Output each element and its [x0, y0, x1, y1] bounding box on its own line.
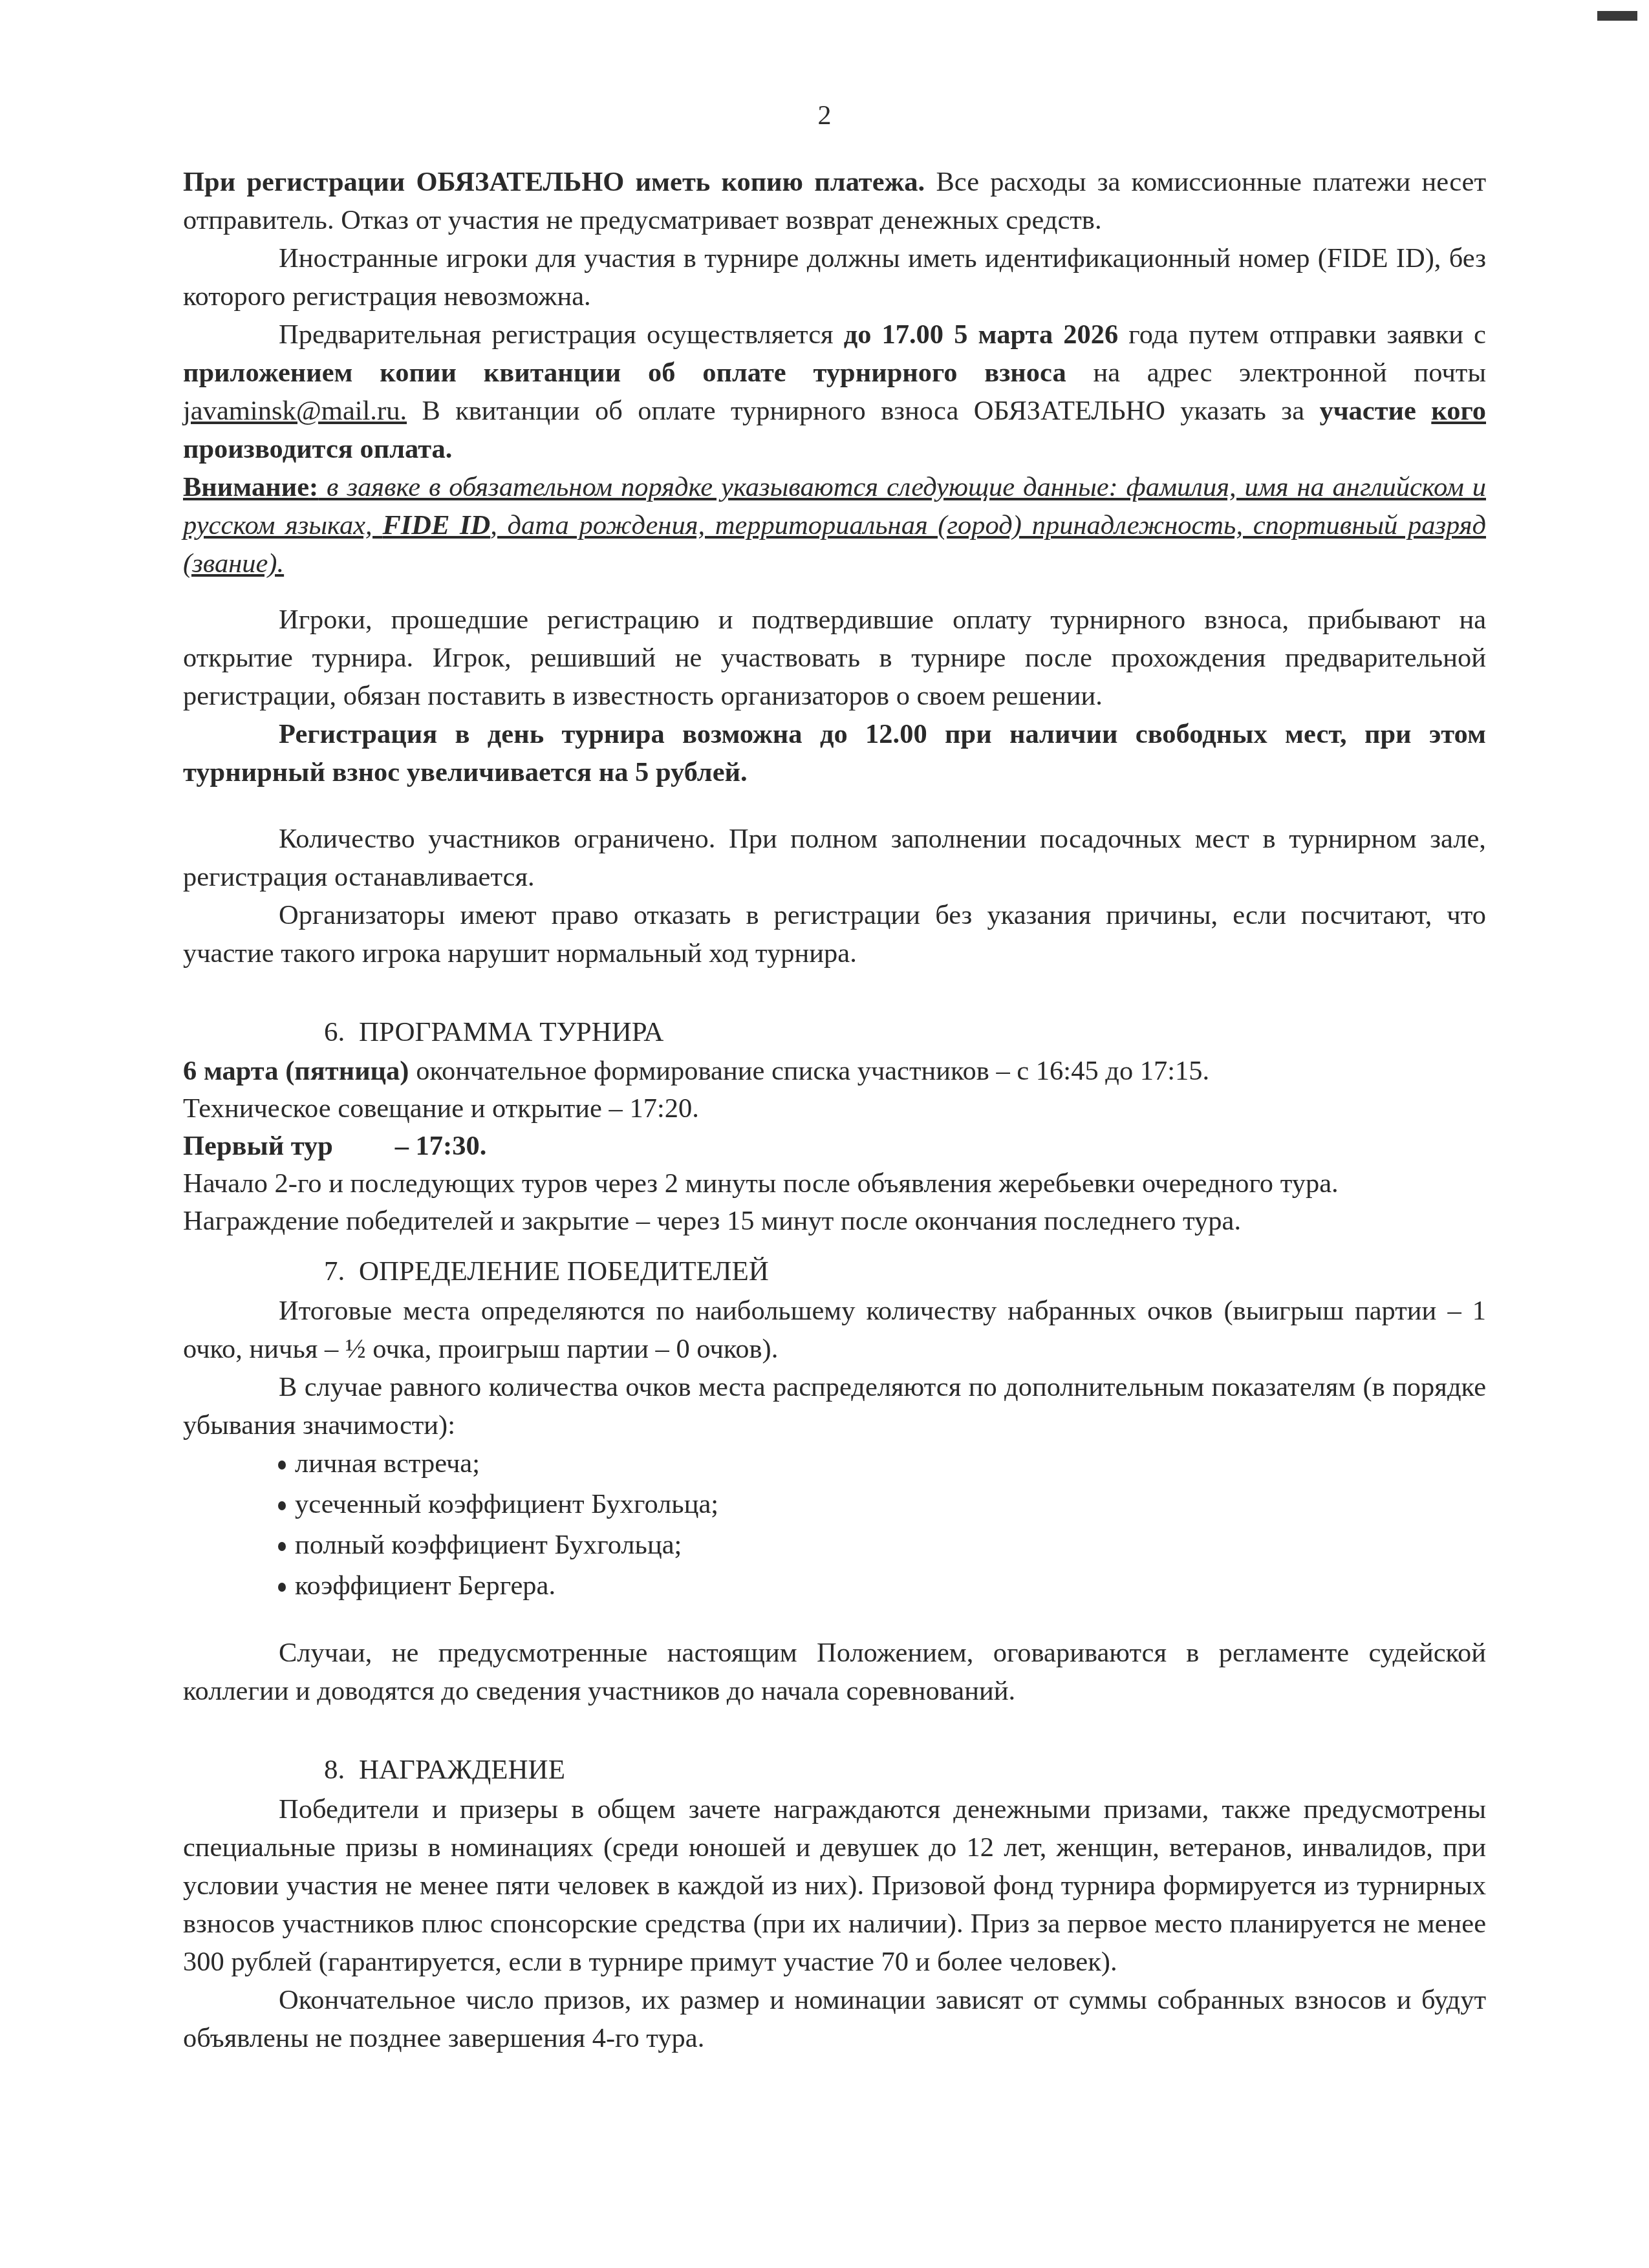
same-day-registration-paragraph: Регистрация в день турнира возможна до 1… [183, 715, 1486, 791]
schedule-line-final-list: 6 марта (пятница) окончательное формиров… [183, 1053, 1486, 1090]
payment-copy-bold: При регистрации ОБЯЗАТЕЛЬНО иметь копию … [183, 167, 925, 197]
attention-paragraph: Внимание: в заявке в обязательном порядк… [183, 468, 1486, 583]
section-8-heading: 8.НАГРАЖДЕНИЕ [183, 1750, 1486, 1790]
preregistration-deadline: до 17.00 5 марта 2026 [844, 319, 1119, 350]
attention-label: Внимание: [183, 472, 318, 502]
prizes-paragraph: Победители и призеры в общем зачете нагр… [183, 1790, 1486, 1981]
scoring-paragraph: Итоговые места определяются по наибольше… [183, 1292, 1486, 1368]
preregistration-paragraph: Предварительная регистрация осуществляет… [183, 316, 1486, 468]
payment-copy-paragraph: При регистрации ОБЯЗАТЕЛЬНО иметь копию … [183, 163, 1486, 239]
list-item: коэффициент Бергера. [183, 1567, 1486, 1605]
tiebreak-list: личная встреча; усеченный коэффициент Бу… [183, 1444, 1486, 1605]
participant-limit-paragraph: Количество участников ограничено. При по… [183, 820, 1486, 896]
arrival-paragraph: Игроки, прошедшие регистрацию и подтверд… [183, 601, 1486, 715]
document-body: При регистрации ОБЯЗАТЕЛЬНО иметь копию … [183, 163, 1486, 2057]
bullet-icon [278, 1460, 286, 1470]
bullet-icon [278, 1583, 286, 1592]
schedule-line-next-rounds: Начало 2-го и последующих туров через 2 … [183, 1165, 1486, 1203]
bullet-icon [278, 1501, 286, 1510]
list-item: личная встреча; [183, 1444, 1486, 1483]
fide-id-paragraph: Иностранные игроки для участия в турнире… [183, 239, 1486, 316]
final-prizes-paragraph: Окончательное число призов, их размер и … [183, 1981, 1486, 2057]
section-6-heading: 6.ПРОГРАММА ТУРНИРА [183, 1012, 1486, 1053]
section-7-heading: 7.ОПРЕДЕЛЕНИЕ ПОБЕДИТЕЛЕЙ [183, 1252, 1486, 1292]
schedule-line-opening: Техническое совещание и открытие – 17:20… [183, 1090, 1486, 1128]
scan-artifact-mark [1597, 11, 1637, 21]
schedule-line-first-round: Первый тур – 17:30. [183, 1128, 1486, 1165]
page-number: 2 [0, 97, 1649, 134]
email-link[interactable]: javaminsk@mail.ru. [183, 396, 407, 426]
schedule-line-closing: Награждение победителей и закрытие – чер… [183, 1203, 1486, 1240]
tiebreak-intro-paragraph: В случае равного количества очков места … [183, 1368, 1486, 1444]
refusal-right-paragraph: Организаторы имеют право отказать в реги… [183, 896, 1486, 972]
list-item: усеченный коэффициент Бухгольца; [183, 1485, 1486, 1524]
unforeseen-cases-paragraph: Случаи, не предусмотренные настоящим Пол… [183, 1634, 1486, 1710]
bullet-icon [278, 1542, 286, 1551]
list-item: полный коэффициент Бухгольца; [183, 1526, 1486, 1565]
